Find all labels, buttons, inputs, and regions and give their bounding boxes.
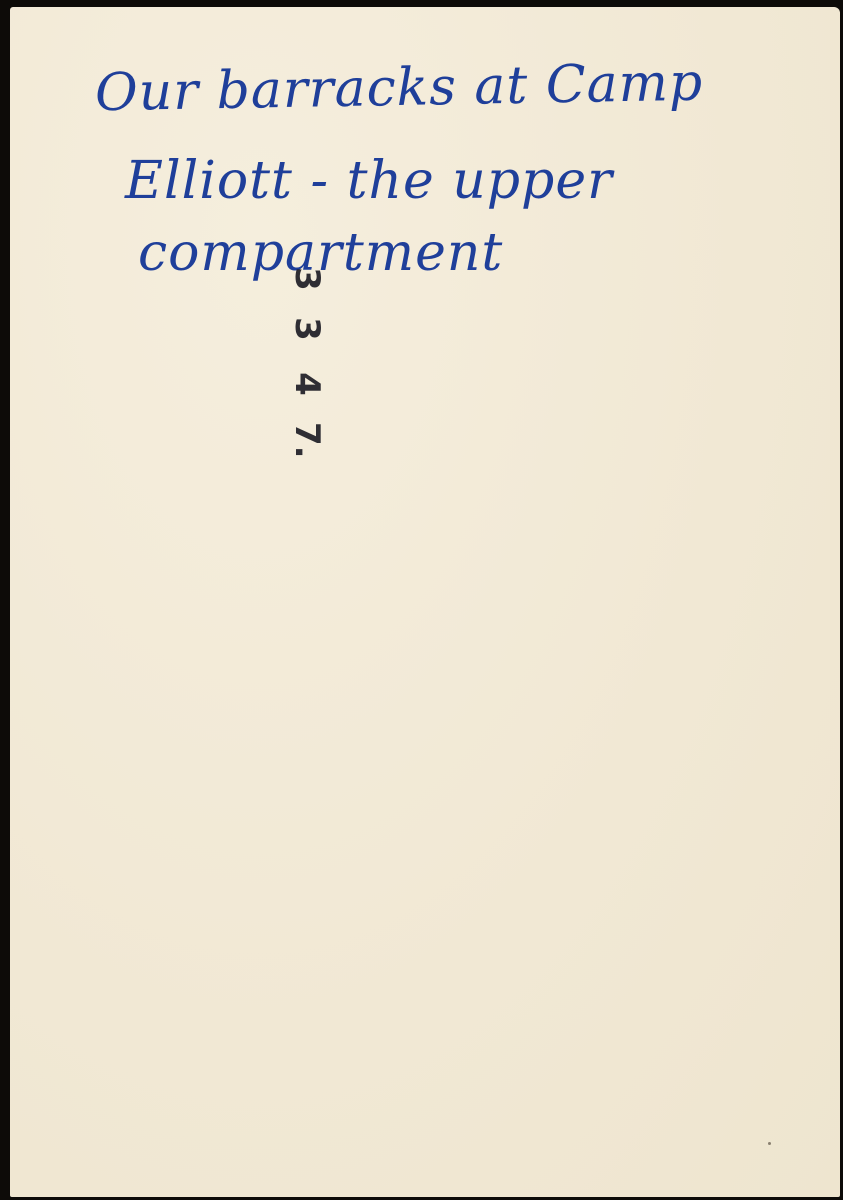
handwritten-line-1: Our barracks at Camp [95,57,704,120]
handwritten-line-2: Elliott - the upper [125,155,613,207]
paper-speck [768,1142,771,1145]
stamped-number: 3 3 4 7. [280,259,340,459]
stamp-char: 3 [287,264,327,294]
stamp-char: 3 [287,314,327,344]
stamp-char: 4 [287,369,327,399]
photo-card-back: Our barracks at Camp Elliott - the upper… [10,7,840,1197]
stamp-char: 7. [287,422,327,452]
